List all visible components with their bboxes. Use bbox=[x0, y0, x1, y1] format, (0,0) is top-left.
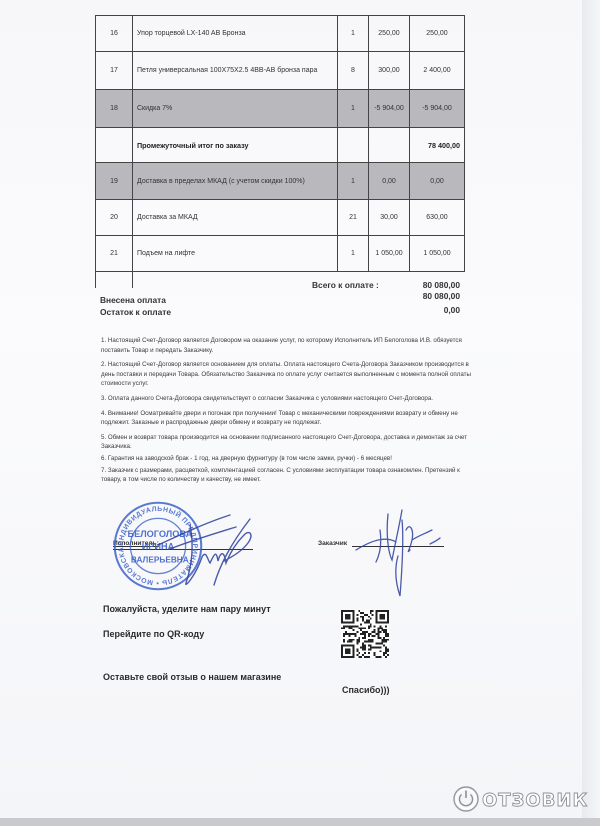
subtotal-sum: 78 400,00 bbox=[410, 128, 465, 163]
row-number bbox=[96, 272, 133, 289]
item-qty: 21 bbox=[338, 200, 369, 236]
item-name bbox=[133, 272, 338, 289]
feedback-thanks: Спасибо))) bbox=[342, 685, 390, 695]
item-sum: 0,00 bbox=[410, 163, 465, 200]
subtotal-row: Промежуточный итог по заказу78 400,00 bbox=[96, 128, 465, 163]
term-6: 6. Гарантия на заводской брак - 1 год, н… bbox=[101, 454, 471, 464]
item-qty: 8 bbox=[338, 52, 369, 90]
remaining-label: Остаток к оплате bbox=[100, 307, 171, 317]
row-number: 21 bbox=[96, 236, 133, 272]
remaining-value: 0,00 bbox=[444, 305, 460, 315]
item-sum: -5 904,00 bbox=[410, 90, 465, 128]
item-name: Доставка в пределах МКАД (с учетом скидк… bbox=[133, 163, 338, 200]
term-7: 7. Заказчик с размерами, расцветкой, ком… bbox=[101, 466, 471, 485]
customer-signature bbox=[352, 500, 442, 600]
term-2: 2. Настоящий Счет-Договор является основ… bbox=[101, 360, 471, 389]
row-number: 19 bbox=[96, 163, 133, 200]
paid-value: 80 080,00 bbox=[423, 291, 460, 301]
item-price: -5 904,00 bbox=[369, 90, 410, 128]
row-number bbox=[96, 128, 133, 163]
item-sum: 1 050,00 bbox=[410, 236, 465, 272]
feedback-line-2: Перейдите по QR-коду bbox=[103, 629, 204, 639]
items-table: 16Упор торцевой LX-140 AB Бронза1250,002… bbox=[95, 15, 465, 288]
table-row: 16Упор торцевой LX-140 AB Бронза1250,002… bbox=[96, 16, 465, 52]
executor-signature bbox=[150, 505, 270, 595]
row-number: 18 bbox=[96, 90, 133, 128]
item-qty: 1 bbox=[338, 16, 369, 52]
item-qty bbox=[338, 128, 369, 163]
item-price bbox=[369, 128, 410, 163]
row-number: 16 bbox=[96, 16, 133, 52]
paper-edge bbox=[582, 0, 600, 826]
term-4: 4. Внимание! Осматривайте двери и погона… bbox=[101, 409, 471, 428]
total-value: 80 080,00 bbox=[423, 280, 460, 290]
paid-label: Внесена оплата bbox=[100, 295, 166, 305]
item-name: Подъем на лифте bbox=[133, 236, 338, 272]
surface-edge bbox=[0, 818, 600, 826]
table-row: 18Скидка 7%1-5 904,00-5 904,00 bbox=[96, 90, 465, 128]
item-name: Скидка 7% bbox=[133, 90, 338, 128]
table-row: 20Доставка за МКАД2130,00630,00 bbox=[96, 200, 465, 236]
qr-code[interactable] bbox=[341, 610, 389, 658]
row-number: 17 bbox=[96, 52, 133, 90]
customer-label: Заказчик bbox=[318, 540, 347, 547]
item-price: 300,00 bbox=[369, 52, 410, 90]
terms-list: 1. Настоящий Счет-Договор является Догов… bbox=[101, 336, 471, 490]
feedback-line-1: Пожалуйста, уделите нам пару минут bbox=[103, 604, 271, 614]
table-row: 17Петля универсальная 100X75X2.5 4BB-AB … bbox=[96, 52, 465, 90]
table-continuation bbox=[96, 272, 465, 289]
item-price: 30,00 bbox=[369, 200, 410, 236]
watermark-text: ОТЗОВИК bbox=[482, 790, 588, 811]
term-3: 3. Оплата данного Счета-Договора свидете… bbox=[101, 394, 471, 404]
subtotal-label: Промежуточный итог по заказу bbox=[133, 128, 338, 163]
feedback-line-3: Оставьте свой отзыв о нашем магазине bbox=[103, 672, 281, 682]
row-number: 20 bbox=[96, 200, 133, 236]
table-row: 19Доставка в пределах МКАД (с учетом ски… bbox=[96, 163, 465, 200]
item-name: Петля универсальная 100X75X2.5 4BB-AB бр… bbox=[133, 52, 338, 90]
total-label: Всего к оплате : bbox=[312, 280, 379, 290]
table-row: 21Подъем на лифте11 050,001 050,00 bbox=[96, 236, 465, 272]
item-price: 0,00 bbox=[369, 163, 410, 200]
item-price: 250,00 bbox=[369, 16, 410, 52]
item-name: Упор торцевой LX-140 AB Бронза bbox=[133, 16, 338, 52]
term-1: 1. Настоящий Счет-Договор является Догов… bbox=[101, 336, 471, 355]
item-price: 1 050,00 bbox=[369, 236, 410, 272]
item-qty: 1 bbox=[338, 163, 369, 200]
item-sum: 250,00 bbox=[410, 16, 465, 52]
document-page: 16Упор торцевой LX-140 AB Бронза1250,002… bbox=[0, 0, 582, 818]
item-name: Доставка за МКАД bbox=[133, 200, 338, 236]
item-qty: 1 bbox=[338, 90, 369, 128]
term-5: 5. Обмен и возврат товара производится н… bbox=[101, 433, 471, 452]
item-sum: 630,00 bbox=[410, 200, 465, 236]
item-sum: 2 400,00 bbox=[410, 52, 465, 90]
item-qty: 1 bbox=[338, 236, 369, 272]
otzovik-power-logo-icon: ОТЗОВИК bbox=[452, 784, 600, 814]
otzovik-watermark: ОТЗОВИК bbox=[452, 784, 600, 814]
